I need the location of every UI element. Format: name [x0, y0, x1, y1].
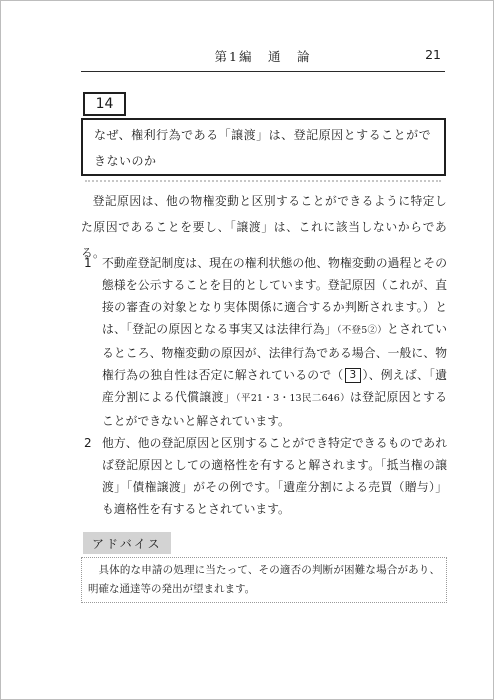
precedent-citation: （平21・3・13民二646）: [236, 393, 350, 404]
paragraph-number: 1: [84, 252, 92, 274]
explanation-section: 1 不動産登記制度は、現在の権利状態の他、物権変動の過程とその態様を公示すること…: [81, 252, 447, 520]
advice-label: アドバイス: [83, 532, 171, 554]
question-number-box: 14: [83, 92, 126, 116]
paragraph-number: 2: [84, 432, 92, 454]
paragraph-text-segment: 他方、他の登記原因と区別することができ特定できるものであれば登記原因としての適格…: [102, 436, 447, 516]
explanation-paragraph-1: 1 不動産登記制度は、現在の権利状態の他、物権変動の過程とその態様を公示すること…: [81, 252, 447, 432]
page-number: 21: [425, 47, 441, 62]
explanation-paragraph-2: 2 他方、他の登記原因と区別することができ特定できるものであれば登記原因としての…: [81, 432, 447, 520]
chapter-title: 第1編 通 論: [81, 47, 445, 65]
advice-text: 具体的な申請の処理に当たって、その適否の判断が困難な場合があり、明確な通達等の発…: [88, 564, 440, 595]
statute-citation: （不登5②）: [337, 325, 387, 336]
header-rule: [81, 71, 445, 72]
question-text: なぜ、権利行為である「譲渡」は、登記原因とすることができないのか: [94, 128, 431, 168]
advice-box: 具体的な申請の処理に当たって、その適否の判断が困難な場合があり、明確な通達等の発…: [81, 557, 447, 603]
question-box: なぜ、権利行為である「譲渡」は、登記原因とすることができないのか: [81, 118, 446, 176]
question-divider-dotted-rule: [85, 180, 441, 182]
book-page: 第1編 通 論 21 14 なぜ、権利行為である「譲渡」は、登記原因とすることが…: [0, 0, 494, 700]
cross-reference-box: 3: [345, 368, 362, 383]
